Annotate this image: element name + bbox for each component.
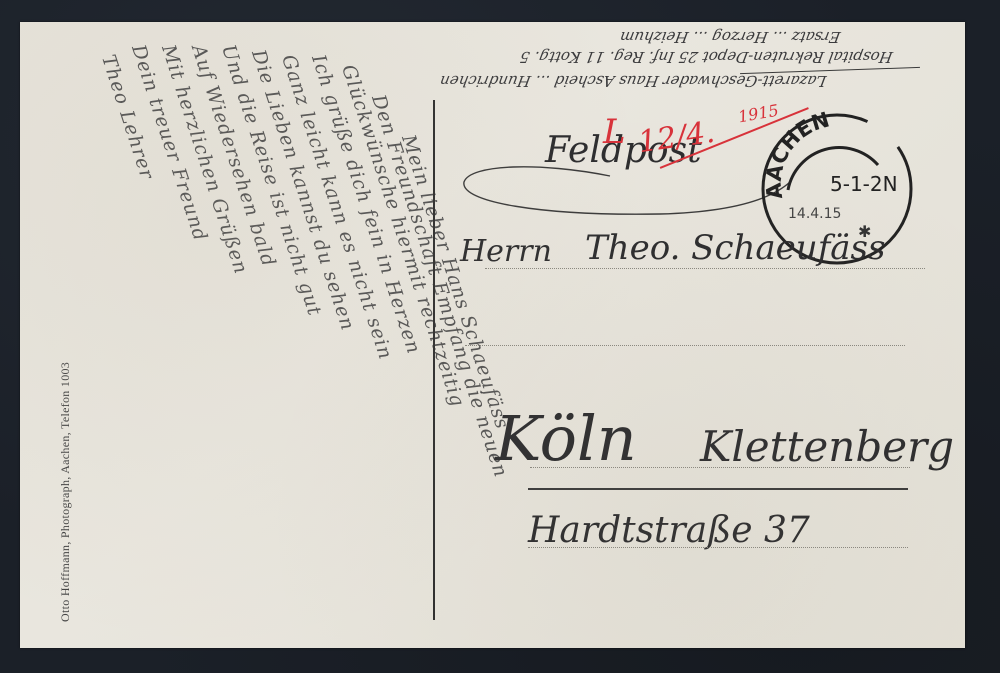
message-area: Mein lieber Hans Schaeufäss Den Freundsc… (70, 32, 440, 642)
censor-initial: L (603, 112, 626, 152)
address-line-4 (528, 547, 908, 548)
sender-line: Ersatz ... Herzog ... Heizhum (618, 28, 841, 46)
address-rule (528, 488, 908, 490)
address-district: Klettenberg (700, 422, 954, 471)
svg-text:AACHEN: AACHEN (762, 110, 833, 200)
printer-imprint: Otto Hoffmann, Photograph, Aachen, Telef… (58, 362, 73, 622)
postmark-city: AACHEN (762, 110, 833, 200)
address-name: Theo. Schaeufäss (585, 228, 885, 268)
address-line-3 (530, 467, 910, 468)
postmark-date: 14.4.15 (788, 206, 841, 222)
address-city: Köln (495, 402, 637, 475)
address-street: Hardtstraße 37 (528, 510, 810, 551)
postcard: Mein lieber Hans Schaeufäss Den Freundsc… (20, 22, 965, 648)
sender-line: Lazarett-Geschwader Haus Ascheid ... Hun… (438, 72, 827, 90)
sender-underline (740, 67, 920, 74)
address-line-1 (485, 268, 925, 269)
center-divider (433, 100, 435, 620)
sender-line: Hospital Rekruten-Depot 25 Inf. Reg. 11 … (518, 48, 894, 66)
address-line-2 (465, 345, 905, 346)
address-salutation: Herrn (460, 234, 552, 269)
postmark-time: 5-1-2N (830, 172, 898, 196)
